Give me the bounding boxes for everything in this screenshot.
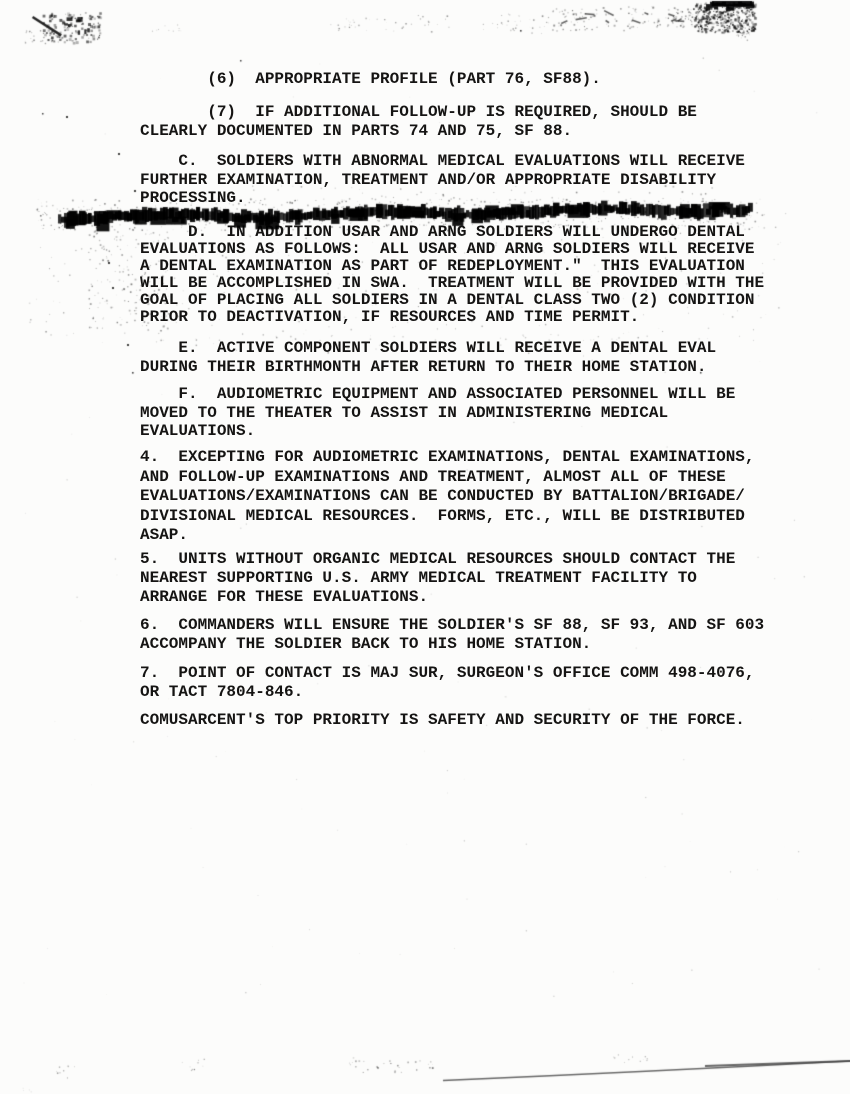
para-7: 7. POINT OF CONTACT IS MAJ SUR, SURGEON'… <box>140 664 755 702</box>
subpara-7: (7) IF ADDITIONAL FOLLOW-UP IS REQUIRED,… <box>140 103 697 140</box>
subpara-d: D. IN ADDITION USAR AND ARNG SOLDIERS WI… <box>140 224 764 326</box>
para-6: 6. COMMANDERS WILL ENSURE THE SOLDIER'S … <box>140 616 764 653</box>
subpara-c: C. SOLDIERS WITH ABNORMAL MEDICAL EVALUA… <box>140 152 745 208</box>
subpara-e: E. ACTIVE COMPONENT SOLDIERS WILL RECEIV… <box>140 339 716 376</box>
subpara-f: F. AUDIOMETRIC EQUIPMENT AND ASSOCIATED … <box>140 385 735 441</box>
para-4: 4. EXCEPTING FOR AUDIOMETRIC EXAMINATION… <box>140 448 755 546</box>
closing-line: COMUSARCENT'S TOP PRIORITY IS SAFETY AND… <box>140 711 745 730</box>
para-5: 5. UNITS WITHOUT ORGANIC MEDICAL RESOURC… <box>140 550 735 607</box>
scanned-document-page: (6) APPROPRIATE PROFILE (PART 76, SF88).… <box>0 0 850 1094</box>
subpara-6: (6) APPROPRIATE PROFILE (PART 76, SF88). <box>140 70 601 89</box>
